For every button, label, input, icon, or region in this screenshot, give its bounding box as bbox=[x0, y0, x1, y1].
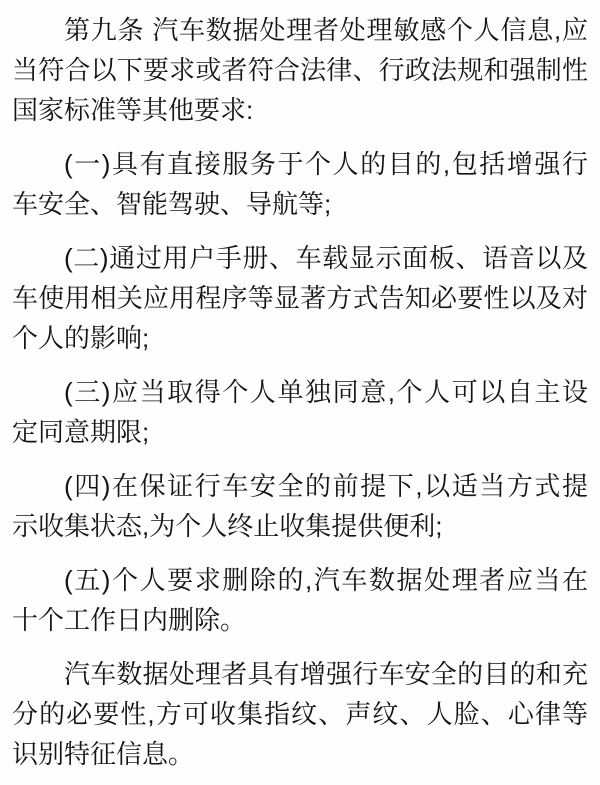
paragraph-item-1: (一)具有直接服务于个人的目的,包括增强行 车安全、智能驾驶、导航等; bbox=[12, 144, 588, 224]
text-line: 个人的影响; bbox=[12, 318, 588, 358]
paragraph-item-4: (四)在保证行车安全的前提下,以适当方式提 示收集状态,为个人终止收集提供便利; bbox=[12, 466, 588, 546]
text-line: 当符合以下要求或者符合法律、行政法规和强制性 bbox=[12, 50, 588, 90]
paragraph-item-2: (二)通过用户手册、车载显示面板、语音以及汽 车使用相关应用程序等显著方式告知必… bbox=[12, 238, 588, 358]
paragraph-article-9-intro: 第九条 汽车数据处理者处理敏感个人信息,应 当符合以下要求或者符合法律、行政法规… bbox=[12, 10, 588, 130]
text-line: 车安全、智能驾驶、导航等; bbox=[12, 184, 588, 224]
text-line: 十个工作日内删除。 bbox=[12, 600, 588, 640]
text-line: 分的必要性,方可收集指纹、声纹、人脸、心律等生物 bbox=[12, 694, 588, 734]
article-body: 第九条 汽车数据处理者处理敏感个人信息,应 当符合以下要求或者符合法律、行政法规… bbox=[0, 0, 600, 774]
paragraph-item-3: (三)应当取得个人单独同意,个人可以自主设 定同意期限; bbox=[12, 372, 588, 452]
text-line: (二)通过用户手册、车载显示面板、语音以及汽 bbox=[12, 238, 588, 278]
paragraph-item-5: (五)个人要求删除的,汽车数据处理者应当在 十个工作日内删除。 bbox=[12, 560, 588, 640]
text-line: 识别特征信息。 bbox=[12, 734, 588, 774]
text-line: (五)个人要求删除的,汽车数据处理者应当在 bbox=[12, 560, 588, 600]
text-line: 定同意期限; bbox=[12, 412, 588, 452]
text-line: (一)具有直接服务于个人的目的,包括增强行 bbox=[12, 144, 588, 184]
text-line: (三)应当取得个人单独同意,个人可以自主设 bbox=[12, 372, 588, 412]
text-line: 国家标准等其他要求: bbox=[12, 90, 588, 130]
text-line: 第九条 汽车数据处理者处理敏感个人信息,应 bbox=[12, 10, 588, 50]
text-line: (四)在保证行车安全的前提下,以适当方式提 bbox=[12, 466, 588, 506]
text-line: 车使用相关应用程序等显著方式告知必要性以及对 bbox=[12, 278, 588, 318]
text-line: 示收集状态,为个人终止收集提供便利; bbox=[12, 506, 588, 546]
text-line: 汽车数据处理者具有增强行车安全的目的和充 bbox=[12, 654, 588, 694]
paragraph-biometric-closing: 汽车数据处理者具有增强行车安全的目的和充 分的必要性,方可收集指纹、声纹、人脸、… bbox=[12, 654, 588, 774]
